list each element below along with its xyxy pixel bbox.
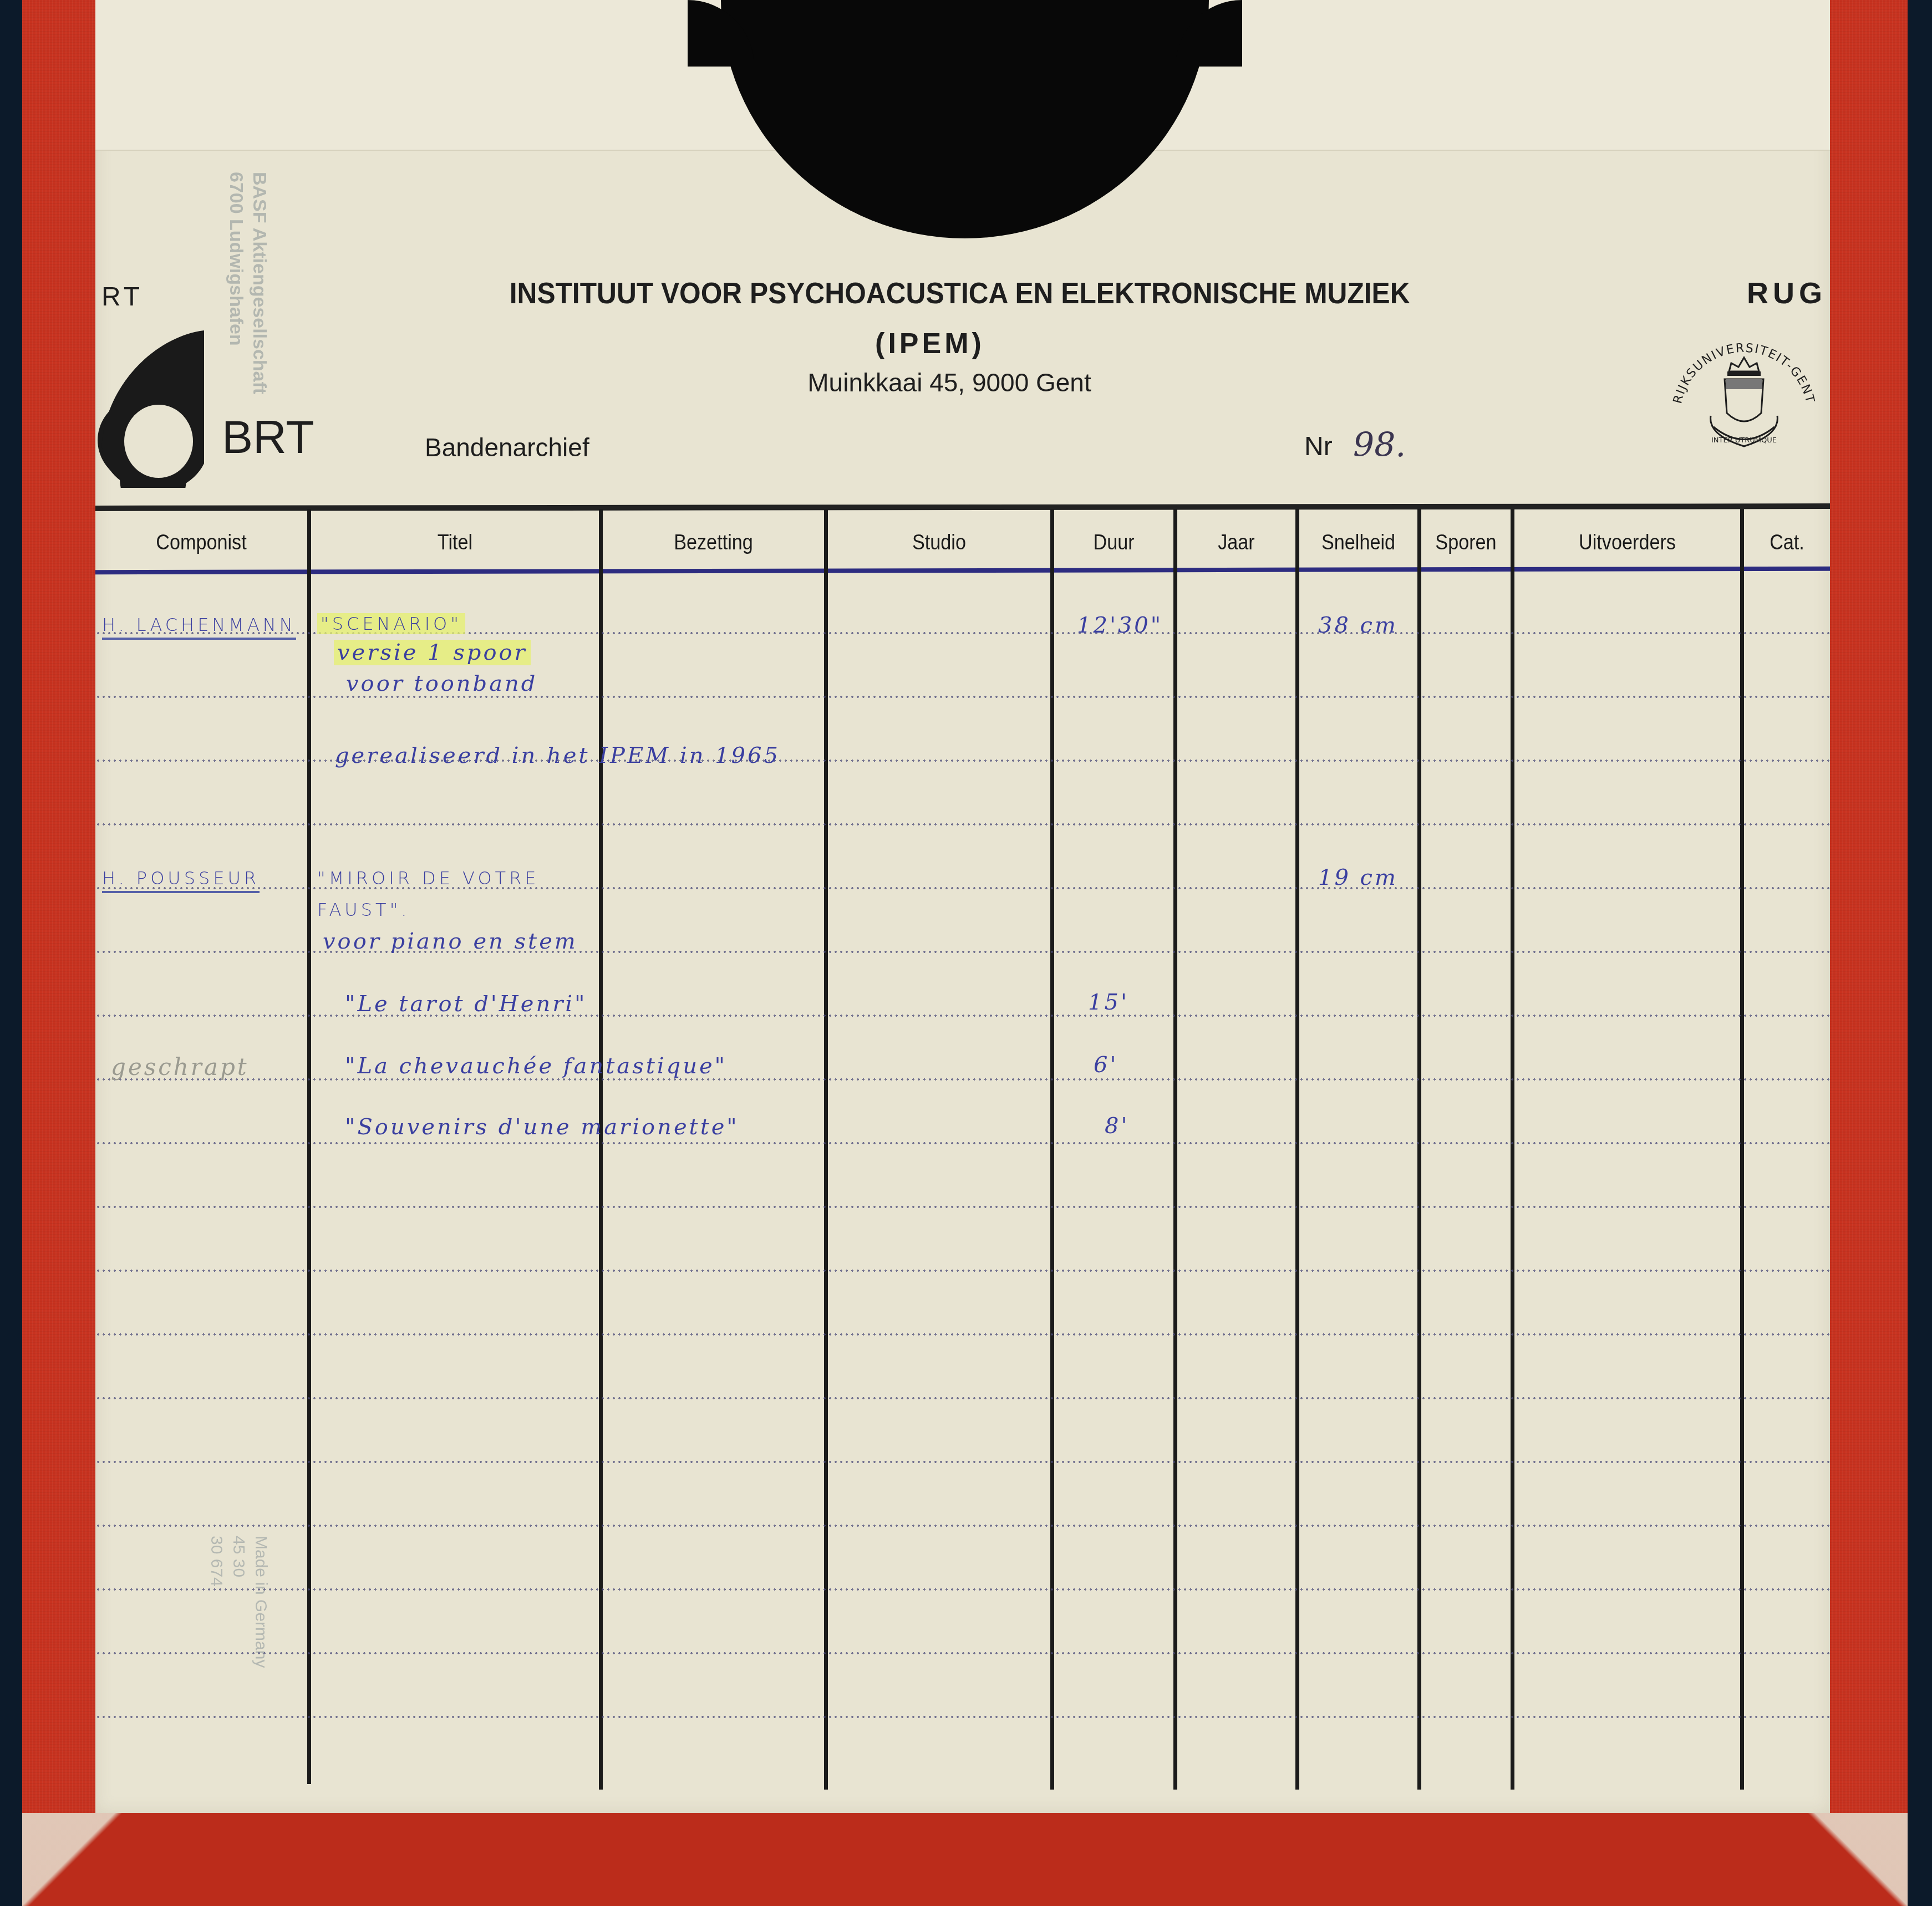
entry-1-titel-highlight: "SCENARIO"	[317, 613, 465, 634]
ruled-line	[95, 1206, 1830, 1208]
ruled-line	[95, 1525, 1830, 1527]
entry-2-subtitle-2: "La chevauchée fantastique"	[345, 1053, 727, 1079]
entry-1-componist: H. LACHENMANN	[102, 614, 296, 640]
ruled-line	[95, 1397, 1830, 1399]
column-divider	[307, 509, 311, 1784]
entry-2-titel-line-2: FAUST".	[317, 899, 410, 920]
ruled-line	[95, 1270, 1830, 1272]
nr-value: 98.	[1353, 426, 1406, 465]
column-header-sporen: Sporen	[1426, 531, 1506, 555]
institute-abbr: (IPEM)	[0, 327, 1896, 360]
column-header-studio: Studio	[839, 531, 1039, 555]
entry-1-titel-line-2: versie 1 spoor	[334, 640, 531, 665]
archive-label: Bandenarchief	[425, 432, 589, 462]
entry-2-subtitle-3: "Souvenirs d'une marionette"	[345, 1114, 739, 1140]
entry-2-subtitle-2-duur: 6'	[1094, 1052, 1118, 1078]
table-top-rule	[95, 503, 1830, 511]
rug-label: RUG	[1747, 276, 1827, 310]
entry-1-snelheid: 38 cm	[1318, 613, 1398, 638]
column-divider	[1173, 509, 1177, 1790]
ruled-line	[95, 1333, 1830, 1336]
column-divider	[1417, 509, 1421, 1790]
entry-2-subtitle-1: "Le tarot d'Henri"	[345, 991, 587, 1017]
column-header-jaar: Jaar	[1183, 531, 1290, 555]
column-header-bezetting: Bezetting	[614, 531, 813, 555]
ruled-line	[95, 823, 1830, 825]
ruled-line	[95, 1716, 1830, 1718]
column-divider	[1295, 509, 1299, 1790]
column-divider	[824, 509, 828, 1790]
entry-2-componist: H. POUSSEUR	[102, 868, 260, 893]
sleeve-bottom-fold	[22, 1813, 1908, 1906]
column-divider	[1740, 509, 1744, 1790]
ruled-line	[95, 1588, 1830, 1591]
entry-2-titel-line-1: "MIROIR DE VOTRE	[317, 868, 540, 889]
university-seal-icon: RIJKSUNIVERSITEIT-GENT INTER UTRUMQUE	[1658, 333, 1830, 466]
entry-2-pencil-note: geschrapt	[111, 1053, 249, 1081]
column-divider	[1511, 509, 1514, 1790]
header-bottom-rule	[95, 567, 1830, 575]
column-header-duur: Duur	[1060, 531, 1168, 555]
tape-archive-table: Componist Titel Bezetting Studio Duur Ja…	[95, 504, 1830, 1802]
entry-1-note: gerealiseerd in het IPEM in 1965	[335, 743, 780, 768]
entry-1-titel-line-3: voor toonband	[346, 671, 537, 696]
column-header-titel: Titel	[326, 531, 584, 555]
column-divider	[599, 509, 603, 1790]
ruled-line	[95, 1652, 1830, 1654]
brt-label: BRT	[222, 410, 314, 464]
entry-1-titel-line-2-text: versie 1 spoor	[334, 640, 531, 665]
column-divider	[1050, 509, 1054, 1790]
entry-2-subtitle-3-duur: 8'	[1105, 1113, 1129, 1139]
column-header-uitvoerders: Uitvoerders	[1526, 531, 1728, 555]
entry-2-subtitle-1-duur: 15'	[1088, 990, 1129, 1015]
ruled-line	[95, 1142, 1830, 1144]
entry-2-titel-line-3: voor piano en stem	[323, 929, 578, 954]
institute-title: INSTITUUT VOOR PSYCHOACUSTICA EN ELEKTRO…	[71, 276, 1848, 310]
entry-1-duur: 12'30"	[1077, 613, 1163, 638]
column-header-snelheid: Snelheid	[1305, 531, 1412, 555]
entry-2-snelheid: 19 cm	[1318, 865, 1398, 890]
ruled-line	[95, 1461, 1830, 1463]
nr-label: Nr	[1304, 431, 1333, 462]
column-header-cat: Cat.	[1748, 531, 1826, 555]
entry-1-titel-line-1: "SCENARIO"	[317, 613, 465, 634]
column-header-componist: Componist	[106, 531, 297, 555]
institute-address: Muinkkaai 45, 9000 Gent	[0, 368, 1915, 397]
svg-text:INTER UTRUMQUE: INTER UTRUMQUE	[1711, 436, 1777, 445]
